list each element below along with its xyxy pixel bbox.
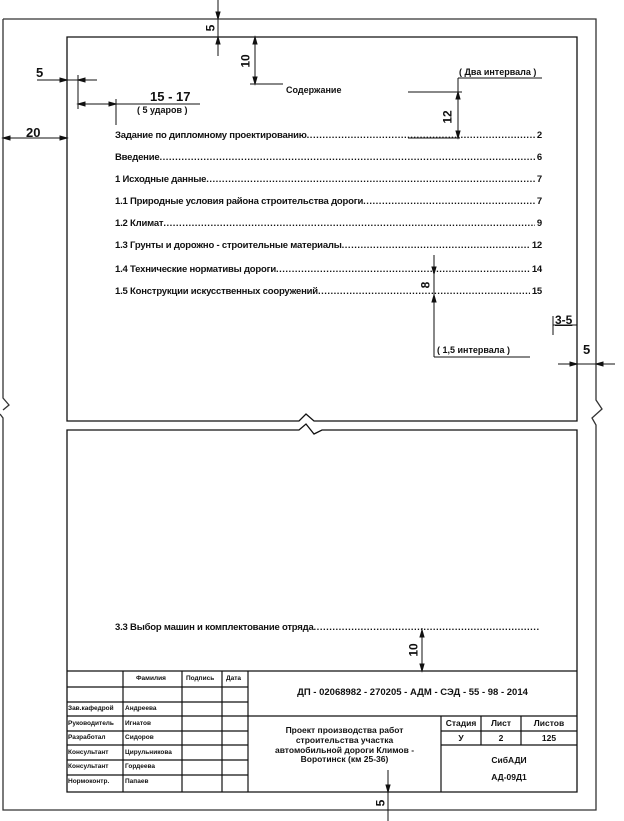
toc-title: Содержание <box>286 86 341 95</box>
toc-entry: Введение6 <box>115 152 542 163</box>
name-cell: Цирульникова <box>125 750 172 757</box>
dim-indent-note: ( 5 ударов ) <box>137 106 188 115</box>
dim-top-outer: 5 <box>204 25 216 32</box>
sheets-label: Листов <box>521 719 577 729</box>
dim-indent: 15 - 17 <box>150 90 190 103</box>
project-title-line: Воротинск (км 25-36) <box>248 755 441 765</box>
group-code: АД-09Д1 <box>441 773 577 783</box>
name-cell: Папаев <box>125 779 148 786</box>
organization: СибАДИ <box>441 756 577 766</box>
name-cell: Гордеева <box>125 764 155 771</box>
stage-label: Стадия <box>441 719 481 729</box>
toc-entry: 1 Исходные данные7 <box>115 174 542 185</box>
dim-line-gap-note: ( 1,5 интервала ) <box>437 346 510 355</box>
role-cell: Консультант <box>68 750 108 757</box>
toc-entry: 1.4 Технические нормативы дороги14 <box>115 264 542 275</box>
header-surname: Фамилия <box>136 676 166 683</box>
role-cell: Консультант <box>68 764 108 771</box>
name-cell: Андреева <box>125 706 156 713</box>
role-cell: Нормоконтр. <box>68 779 109 786</box>
dim-right-outer: 5 <box>583 343 590 356</box>
role-cell: Зав.кафедрой <box>68 706 114 713</box>
dim-line-gap: 8 <box>419 282 431 289</box>
toc-entry: 1.5 Конструкции искусственных сооружений… <box>115 286 542 297</box>
project-title: Проект производства работ строительства … <box>248 726 441 765</box>
toc-entry: Задание по дипломному проектированию2 <box>115 130 542 141</box>
dim-left-inner: 5 <box>36 66 43 79</box>
header-date: Дата <box>226 676 241 683</box>
header-signature: Подпись <box>186 676 214 683</box>
sheets-value: 125 <box>521 734 577 744</box>
sheet-label: Лист <box>481 719 521 729</box>
name-cell: Сидоров <box>125 735 154 742</box>
toc-entry-last: 3.3 Выбор машин и комплектование отряда <box>115 622 542 633</box>
dim-title-gap-note: ( Два интервала ) <box>459 68 536 77</box>
name-cell: Игнатов <box>125 721 151 728</box>
dim-bottom-gap: 10 <box>408 643 420 656</box>
document-code: ДП - 02068982 - 270205 - АДМ - СЭД - 55 … <box>248 688 577 699</box>
stage-value: У <box>441 734 481 744</box>
dim-top-inner: 10 <box>240 54 252 67</box>
dim-left-outer: 20 <box>26 126 40 139</box>
toc-entry: 1.3 Грунты и дорожно - строительные мате… <box>115 240 542 251</box>
sheet-value: 2 <box>481 734 521 744</box>
toc-entry: 1.2 Климат9 <box>115 218 542 229</box>
role-cell: Руководитель <box>68 721 114 728</box>
dim-bottom-outer: 5 <box>374 800 386 807</box>
role-cell: Разработал <box>68 735 106 742</box>
dim-title-gap: 12 <box>442 110 454 123</box>
toc-entry: 1.1 Природные условия района строительст… <box>115 196 542 207</box>
dim-right-text-gap: 3-5 <box>555 314 572 326</box>
